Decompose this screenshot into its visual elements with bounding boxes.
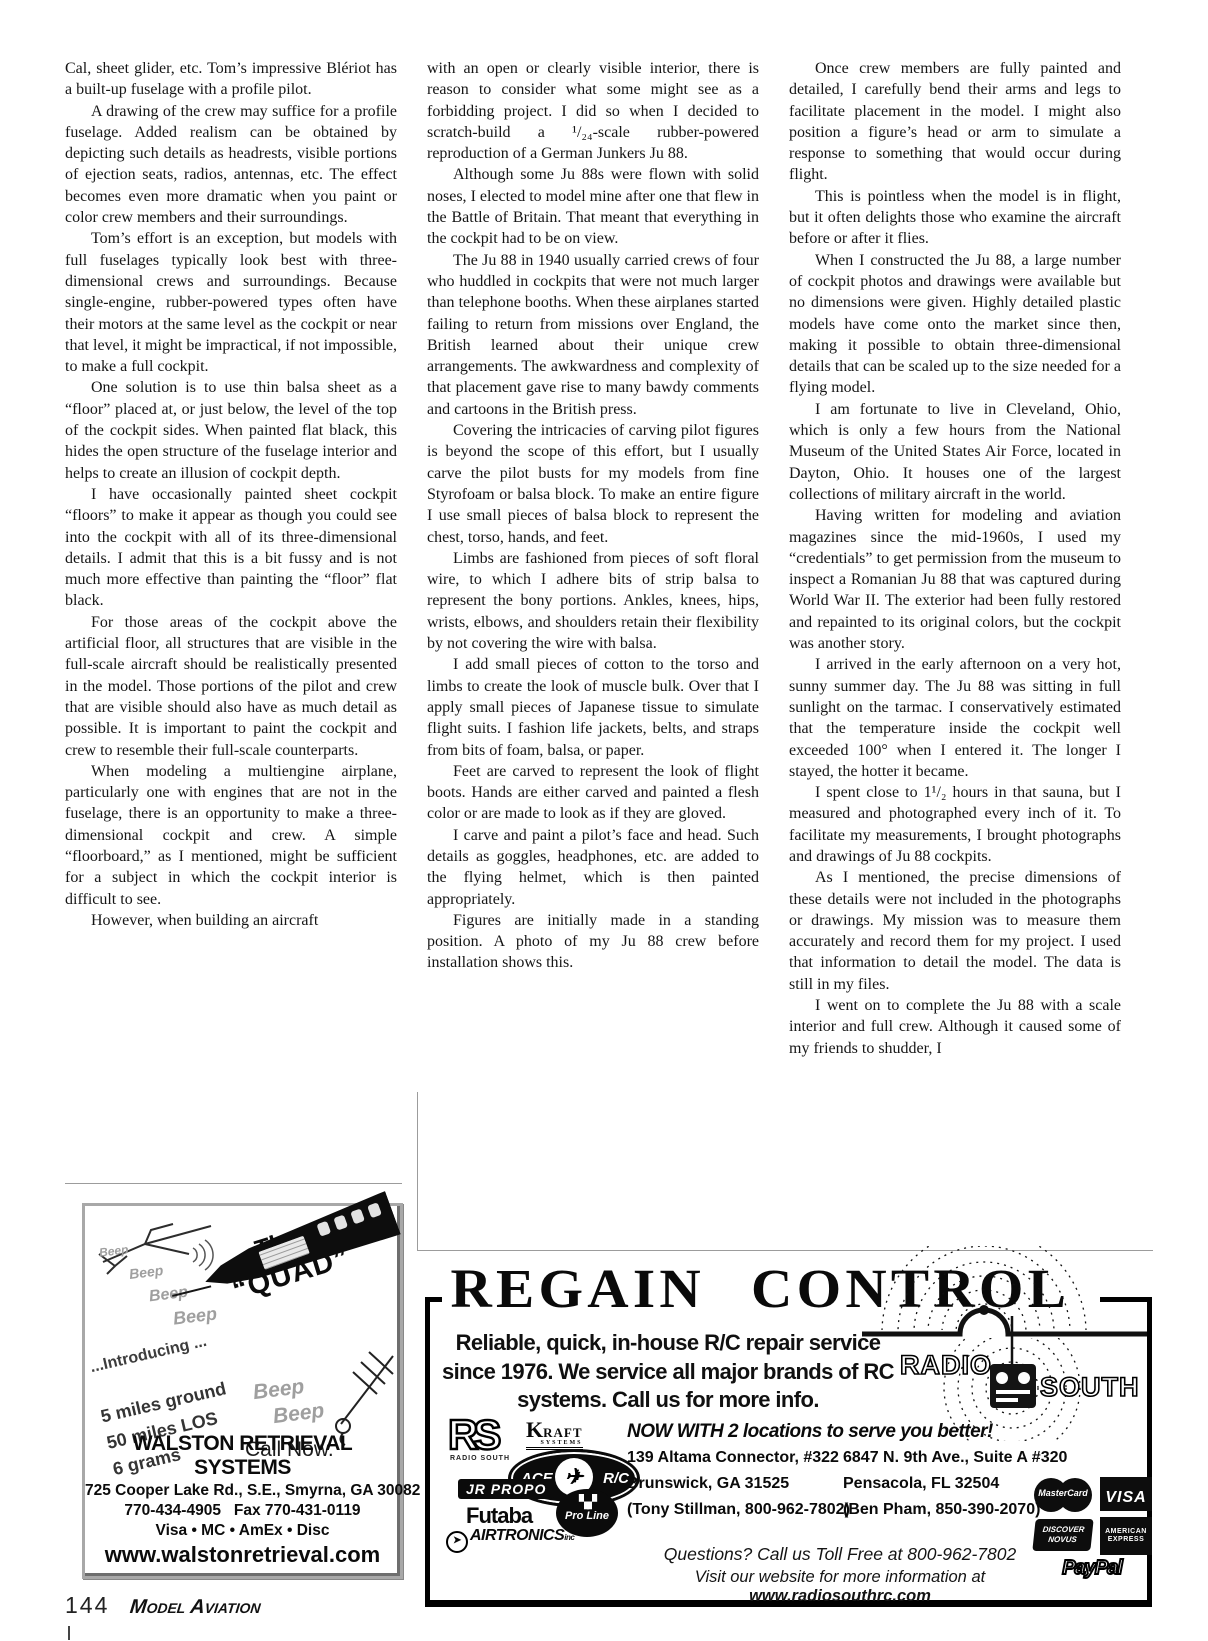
horizontal-rule: [65, 1183, 402, 1184]
airtronics-emblem-icon: ➤: [446, 1531, 468, 1553]
article-paragraph: Once crew members are fully painted and …: [789, 58, 1121, 186]
radio-text: RADIO: [900, 1350, 992, 1380]
article-column-3: Once crew members are fully painted and …: [789, 58, 1121, 1059]
article-paragraph: Feet are carved to represent the look of…: [427, 761, 759, 825]
walston-ad: Beep Beep Beep Beep Beep Beep The “QUAD”…: [82, 1203, 403, 1579]
questions-line: Questions? Call us Toll Free at 800-962-…: [630, 1544, 1050, 1565]
mastercard-icon: MasterCard: [1034, 1477, 1092, 1513]
article-paragraph: As I mentioned, the precise dimensions o…: [789, 867, 1121, 995]
article-paragraph: with an open or clearly visible interior…: [427, 58, 759, 164]
kraft-rest: RAFT: [543, 1425, 582, 1440]
radiosouth-website: www.radiosouthrc.com: [749, 1587, 931, 1605]
mastercard-label: MasterCard: [1034, 1488, 1092, 1498]
article-paragraph: One solution is to use thin balsa sheet …: [65, 377, 397, 483]
magazine-page: Cal, sheet glider, etc. Tom’s impressive…: [0, 0, 1208, 1641]
kraft-initial: K: [526, 1417, 543, 1442]
radio-south-rs-logo: RS: [448, 1415, 496, 1455]
proline-text: Pro Line: [556, 1511, 618, 1521]
article-paragraph: However, when building an aircraft: [65, 910, 397, 931]
airtronics-logo: ➤AIRTRONICSinc: [446, 1527, 574, 1553]
article-paragraph: I carve and paint a pilot’s face and hea…: [427, 825, 759, 910]
vertical-rule: [417, 1092, 418, 1250]
paypal-icon: PayPal: [1042, 1557, 1142, 1580]
walston-phone: 770-434-4905 Fax 770-431-0119: [85, 1502, 400, 1520]
article-paragraph: I went on to complete the Ju 88 with a s…: [789, 995, 1121, 1059]
tagline-line: Reliable, quick, in-house R/C repair ser…: [442, 1329, 894, 1358]
walston-address: 725 Cooper Lake Rd., S.E., Smyrna, GA 30…: [85, 1482, 400, 1500]
article-paragraph: For those areas of the cockpit above the…: [65, 612, 397, 761]
article-paragraph: Limbs are fashioned from pieces of soft …: [427, 548, 759, 654]
article-column-2: with an open or clearly visible interior…: [427, 58, 759, 1059]
ad-tagline: Reliable, quick, in-house R/C repair ser…: [442, 1329, 894, 1415]
article-paragraph: The Ju 88 in 1940 usually carried crews …: [427, 250, 759, 420]
walston-payments: Visa • MC • AmEx • Disc: [85, 1522, 400, 1540]
article-paragraph: Tom’s effort is an exception, but models…: [65, 228, 397, 377]
magazine-logo: Model Aviation: [129, 1596, 262, 1619]
page-number: 144: [65, 1592, 109, 1618]
american-express-icon: AMERICAN EXPRESS: [1100, 1517, 1152, 1555]
radio-south-rs-caption: RADIO SOUTH: [450, 1455, 510, 1462]
south-text: SOUTH: [1040, 1372, 1140, 1402]
walston-website: www.walstonretrieval.com: [85, 1542, 400, 1568]
article-column-1: Cal, sheet glider, etc. Tom’s impressive…: [65, 58, 397, 1059]
page-crop-mark: [68, 1626, 70, 1640]
tagline-line: systems. Call us for more info.: [442, 1386, 894, 1415]
airtronics-text: AIRTRONICS: [470, 1527, 564, 1544]
visa-icon: VISA: [1100, 1477, 1152, 1511]
walston-company-name: WALSTON RETRIEVAL SYSTEMS: [85, 1432, 400, 1480]
article-paragraph: Covering the intricacies of carving pilo…: [427, 420, 759, 548]
location-brunswick: 139 Altama Connector, #322 Brunswick, GA…: [627, 1445, 850, 1523]
futaba-logo: Futaba: [466, 1503, 532, 1529]
antenna-illustration: [331, 1346, 401, 1446]
article-paragraph: Figures are initially made in a standing…: [427, 910, 759, 974]
beep-text: Beep: [148, 1284, 189, 1307]
checkered-flags-icon: ▚▞: [556, 1493, 618, 1511]
website-line-prefix: Visit our website for more information a…: [695, 1568, 985, 1586]
proline-logo: ▚▞ Pro Line: [556, 1489, 618, 1537]
article-paragraph: I add small pieces of cotton to the tors…: [427, 654, 759, 760]
website-line: Visit our website for more information a…: [610, 1568, 1070, 1606]
article-paragraph: I am fortunate to live in Cleveland, Ohi…: [789, 399, 1121, 505]
article-paragraph: I spent close to 1¹/₂ hours in that saun…: [789, 782, 1121, 867]
rc-text: R/C: [603, 1470, 629, 1487]
article-paragraph: When modeling a multiengine airplane, pa…: [65, 761, 397, 910]
walston-contact-block: WALSTON RETRIEVAL SYSTEMS 725 Cooper Lak…: [85, 1432, 400, 1568]
article-paragraph: A drawing of the crew may suffice for a …: [65, 101, 397, 229]
article-paragraph: This is pointless when the model is in f…: [789, 186, 1121, 250]
page-footer: 144 Model Aviation: [65, 1592, 260, 1619]
beep-text: Beep: [272, 1399, 326, 1429]
article-paragraph: Cal, sheet glider, etc. Tom’s impressive…: [65, 58, 397, 101]
introducing-text: ...Introducing ...: [89, 1333, 209, 1377]
tagline-line: since 1976. We service all major brands …: [442, 1358, 894, 1387]
kraft-logo: KRAFT SYSTEMS: [526, 1417, 583, 1450]
article-paragraph: I arrived in the early afternoon on a ve…: [789, 654, 1121, 782]
article-paragraph: Having written for modeling and aviation…: [789, 505, 1121, 654]
article-paragraph: I have occasionally painted sheet cockpi…: [65, 484, 397, 612]
article-paragraph: When I constructed the Ju 88, a large nu…: [789, 250, 1121, 399]
article-paragraph: Although some Ju 88s were flown with sol…: [427, 164, 759, 249]
article-body: Cal, sheet glider, etc. Tom’s impressive…: [65, 58, 1121, 1059]
radio-south-emblem: RADIO SOUTH: [862, 1246, 1147, 1441]
jr-propo-logo: JR PROPO: [458, 1479, 554, 1499]
discover-novus-icon: DISCOVER NOVUS: [1032, 1519, 1093, 1551]
beep-text: Beep: [172, 1303, 218, 1329]
